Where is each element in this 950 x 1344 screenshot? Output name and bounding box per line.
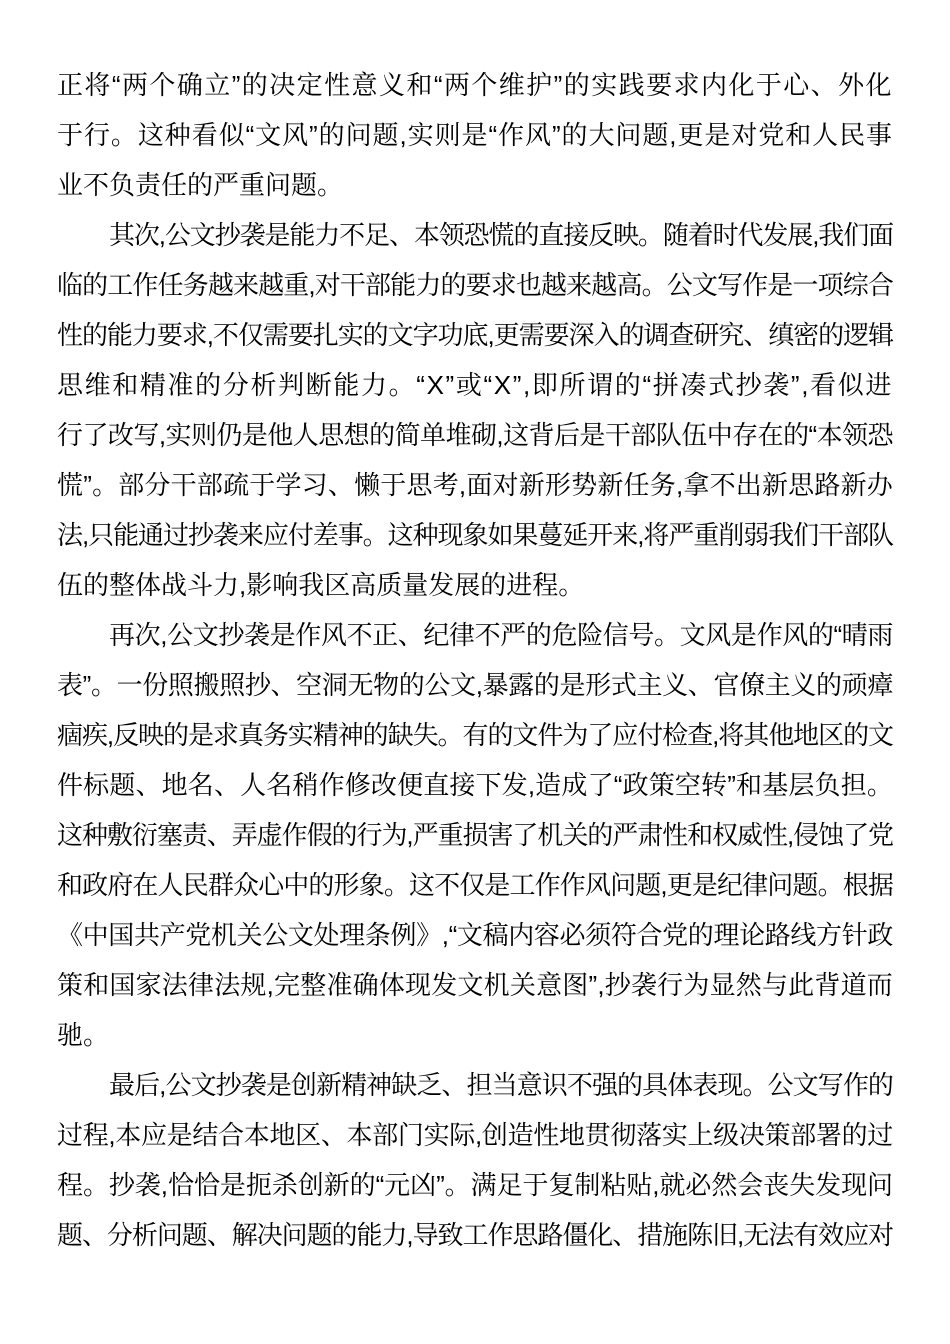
text-line-content: 性的能力要求,不仅需要扎实的文字功底,更需要深入的调查研究、缜密的逻辑 — [57, 310, 893, 360]
paragraph: 其次,公文抄袭是能力不足、本领恐慌的直接反映。随着时代发展,我们面临的工作任务越… — [57, 210, 893, 610]
paragraph: 正将“两个确立”的决定性意义和“两个维护”的实践要求内化于心、外化于行。这种看似… — [57, 60, 893, 210]
text-line-content: 思维和精准的分析判断能力。“X”或“X”,即所谓的“拼凑式抄袭”,看似进 — [57, 360, 893, 410]
text-line: 过程,本应是结合本地区、本部门实际,创造性地贯彻落实上级决策部署的过 — [57, 1110, 893, 1160]
text-line: 《中国共产党机关公文处理条例》,“文稿内容必须符合党的理论路线方针政 — [57, 910, 893, 960]
text-line-content: 痼疾,反映的是求真务实精神的缺失。有的文件为了应付检查,将其他地区的文 — [57, 710, 893, 760]
text-line-content: 题、分析问题、解决问题的能力,导致工作思路僵化、措施陈旧,无法有效应对 — [57, 1210, 893, 1260]
text-line: 表”。一份照搬照抄、空洞无物的公文,暴露的是形式主义、官僚主义的顽瘴 — [57, 660, 893, 710]
text-line: 思维和精准的分析判断能力。“X”或“X”,即所谓的“拼凑式抄袭”,看似进 — [57, 360, 893, 410]
text-line-content: 业不负责任的严重问题。 — [57, 160, 343, 210]
text-line: 程。抄袭,恰恰是扼杀创新的“元凶”。满足于复制粘贴,就必然会丧失发现问 — [57, 1160, 893, 1210]
text-line: 业不负责任的严重问题。 — [57, 160, 893, 210]
text-line: 策和国家法律法规,完整准确体现发文机关意图”,抄袭行为显然与此背道而 — [57, 960, 893, 1010]
text-line: 驰。 — [57, 1010, 893, 1060]
document-body: 正将“两个确立”的决定性意义和“两个维护”的实践要求内化于心、外化于行。这种看似… — [57, 60, 893, 1260]
text-line: 行了改写,实则仍是他人思想的简单堆砌,这背后是干部队伍中存在的“本领恐 — [57, 410, 893, 460]
text-line-content: 伍的整体战斗力,影响我区高质量发展的进程。 — [57, 560, 584, 610]
text-line-content: 过程,本应是结合本地区、本部门实际,创造性地贯彻落实上级决策部署的过 — [57, 1110, 893, 1160]
document-page: 正将“两个确立”的决定性意义和“两个维护”的实践要求内化于心、外化于行。这种看似… — [0, 0, 950, 1344]
text-line-content: 这种敷衍塞责、弄虚作假的行为,严重损害了机关的严肃性和权威性,侵蚀了党 — [57, 810, 893, 860]
text-line-content: 程。抄袭,恰恰是扼杀创新的“元凶”。满足于复制粘贴,就必然会丧失发现问 — [57, 1160, 893, 1210]
text-line-content: 策和国家法律法规,完整准确体现发文机关意图”,抄袭行为显然与此背道而 — [57, 960, 893, 1010]
paragraph: 再次,公文抄袭是作风不正、纪律不严的危险信号。文风是作风的“晴雨表”。一份照搬照… — [57, 610, 893, 1060]
text-line: 痼疾,反映的是求真务实精神的缺失。有的文件为了应付检查,将其他地区的文 — [57, 710, 893, 760]
text-line-content: 和政府在人民群众心中的形象。这不仅是工作作风问题,更是纪律问题。根据 — [57, 860, 893, 910]
text-line: 临的工作任务越来越重,对干部能力的要求也越来越高。公文写作是一项综合 — [57, 260, 893, 310]
text-line-content: 再次,公文抄袭是作风不正、纪律不严的危险信号。文风是作风的“晴雨 — [109, 610, 893, 660]
text-line-content: 行了改写,实则仍是他人思想的简单堆砌,这背后是干部队伍中存在的“本领恐 — [57, 410, 893, 460]
text-line-content: 于行。这种看似“文风”的问题,实则是“作风”的大问题,更是对党和人民事 — [57, 110, 893, 160]
text-line: 其次,公文抄袭是能力不足、本领恐慌的直接反映。随着时代发展,我们面 — [57, 210, 893, 260]
text-line: 题、分析问题、解决问题的能力,导致工作思路僵化、措施陈旧,无法有效应对 — [57, 1210, 893, 1260]
text-line-content: 驰。 — [57, 1010, 109, 1060]
text-line-content: 其次,公文抄袭是能力不足、本领恐慌的直接反映。随着时代发展,我们面 — [109, 210, 893, 260]
text-line: 伍的整体战斗力,影响我区高质量发展的进程。 — [57, 560, 893, 610]
text-line-content: 法,只能通过抄袭来应付差事。这种现象如果蔓延开来,将严重削弱我们干部队 — [57, 510, 893, 560]
text-line: 再次,公文抄袭是作风不正、纪律不严的危险信号。文风是作风的“晴雨 — [57, 610, 893, 660]
text-line-content: 件标题、地名、人名稍作修改便直接下发,造成了“政策空转”和基层负担。 — [57, 760, 893, 810]
text-line-content: 表”。一份照搬照抄、空洞无物的公文,暴露的是形式主义、官僚主义的顽瘴 — [57, 660, 893, 710]
text-line: 正将“两个确立”的决定性意义和“两个维护”的实践要求内化于心、外化 — [57, 60, 893, 110]
text-line-content: 慌”。部分干部疏于学习、懒于思考,面对新形势新任务,拿不出新思路新办 — [57, 460, 893, 510]
text-line: 于行。这种看似“文风”的问题,实则是“作风”的大问题,更是对党和人民事 — [57, 110, 893, 160]
text-line-content: 《中国共产党机关公文处理条例》,“文稿内容必须符合党的理论路线方针政 — [57, 910, 893, 960]
text-line: 性的能力要求,不仅需要扎实的文字功底,更需要深入的调查研究、缜密的逻辑 — [57, 310, 893, 360]
text-line-content: 临的工作任务越来越重,对干部能力的要求也越来越高。公文写作是一项综合 — [57, 260, 893, 310]
text-line: 最后,公文抄袭是创新精神缺乏、担当意识不强的具体表现。公文写作的 — [57, 1060, 893, 1110]
text-line: 这种敷衍塞责、弄虚作假的行为,严重损害了机关的严肃性和权威性,侵蚀了党 — [57, 810, 893, 860]
text-line-content: 正将“两个确立”的决定性意义和“两个维护”的实践要求内化于心、外化 — [57, 60, 893, 110]
paragraph: 最后,公文抄袭是创新精神缺乏、担当意识不强的具体表现。公文写作的过程,本应是结合… — [57, 1060, 893, 1260]
text-line: 法,只能通过抄袭来应付差事。这种现象如果蔓延开来,将严重削弱我们干部队 — [57, 510, 893, 560]
text-line-content: 最后,公文抄袭是创新精神缺乏、担当意识不强的具体表现。公文写作的 — [109, 1060, 893, 1110]
text-line: 慌”。部分干部疏于学习、懒于思考,面对新形势新任务,拿不出新思路新办 — [57, 460, 893, 510]
text-line: 件标题、地名、人名稍作修改便直接下发,造成了“政策空转”和基层负担。 — [57, 760, 893, 810]
text-line: 和政府在人民群众心中的形象。这不仅是工作作风问题,更是纪律问题。根据 — [57, 860, 893, 910]
